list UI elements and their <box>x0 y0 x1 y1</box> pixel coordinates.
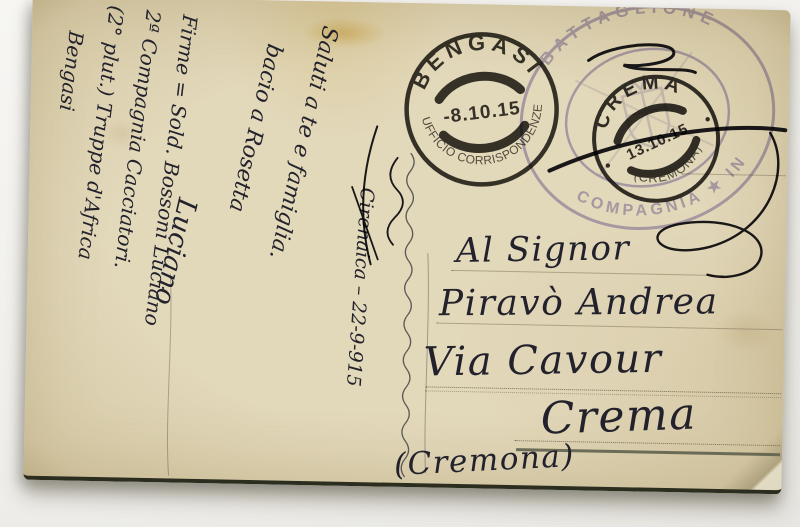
pen-mark <box>362 126 377 264</box>
corner-crease <box>686 416 782 490</box>
pencil-stroke <box>158 268 182 480</box>
postcard: Firme = Sold. Bossoni Luciano 2ª Compagn… <box>23 0 790 494</box>
pencil-line <box>167 273 173 475</box>
pen-mark <box>387 158 403 245</box>
pen-scribble <box>334 22 791 481</box>
pencil-line <box>424 253 430 475</box>
pen-mark <box>588 44 695 73</box>
pen-mark <box>549 124 785 175</box>
photo-background: Firme = Sold. Bossoni Luciano 2ª Compagn… <box>0 0 800 527</box>
pen-mark <box>351 187 379 260</box>
pen-mark <box>657 131 779 278</box>
